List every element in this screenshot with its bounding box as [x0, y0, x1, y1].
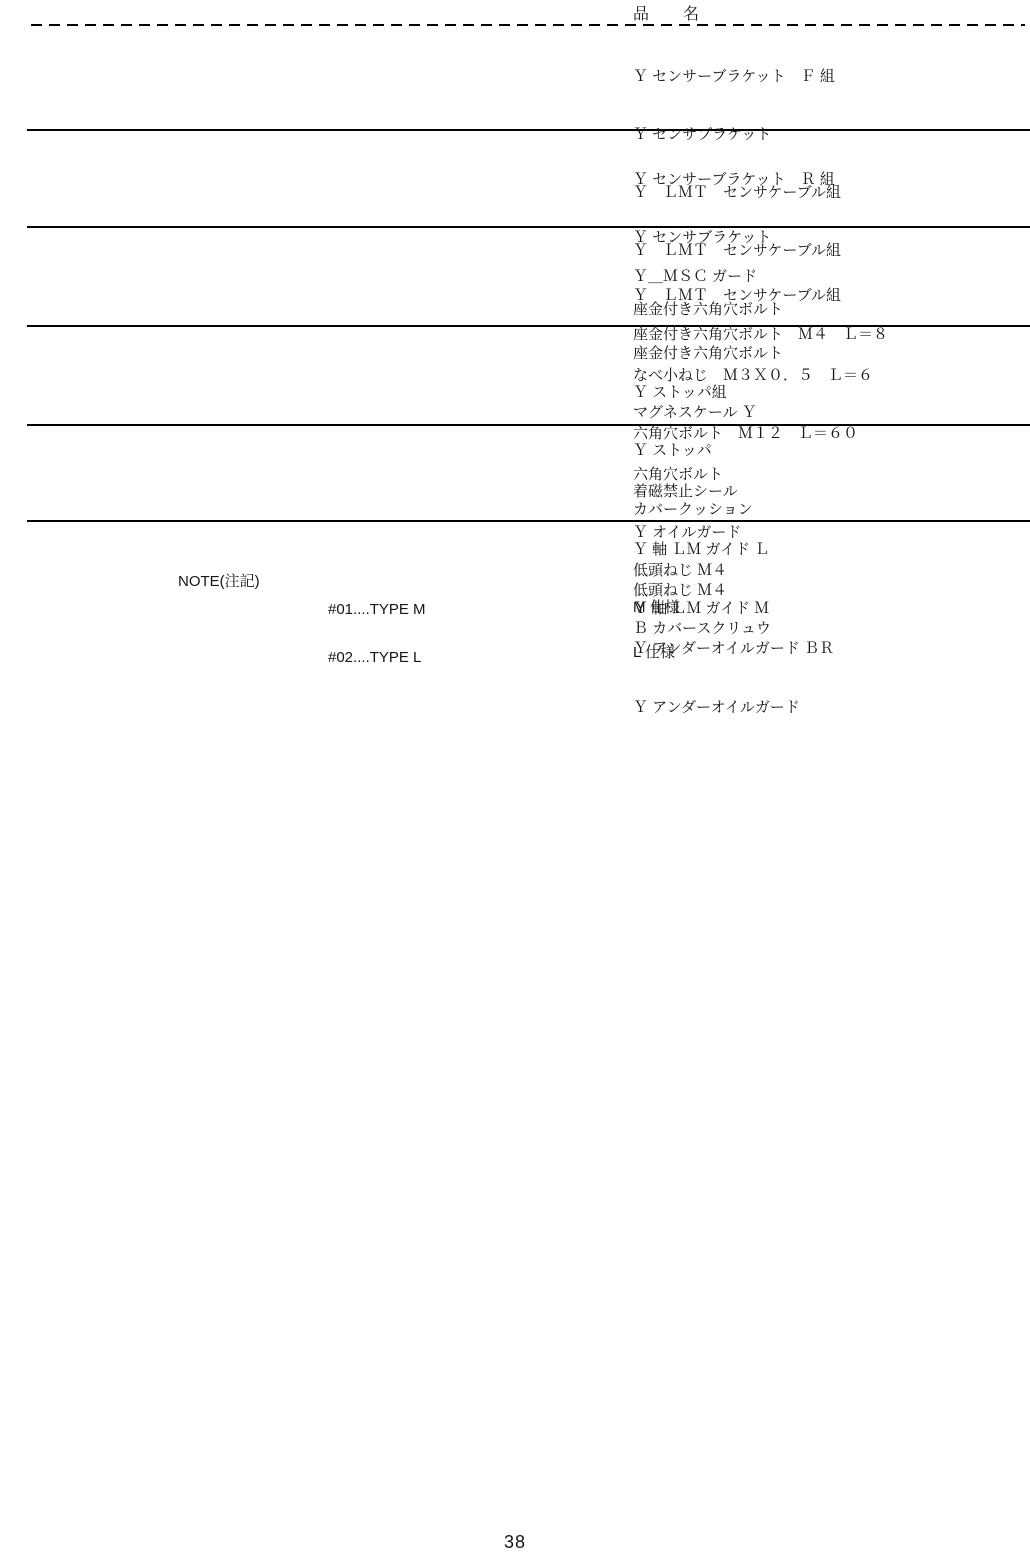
part-name: 六角穴ボルト [633, 465, 834, 484]
column-header-part-name: 品 名 [633, 1, 708, 24]
header-divider-dashed [31, 24, 1025, 26]
note-spec: L 仕様 [633, 645, 680, 660]
note-spec: M 仕様 [633, 600, 680, 615]
section-divider [27, 129, 1030, 131]
part-name: Ｙ センサーブラケット Ｆ 組 [633, 67, 841, 86]
part-name: Ｙ センサーブラケット Ｒ 組 [633, 170, 841, 189]
note-specs: M 仕様 L 仕様 [633, 570, 680, 690]
note-entry: #01....TYPE M [328, 602, 426, 618]
note-entry: #02....TYPE L [328, 650, 426, 666]
note-entries: #01....TYPE M #02....TYPE L [328, 570, 426, 698]
note-label: NOTE(注記) [178, 570, 260, 591]
part-name: Ｙ＿ＭＳＣ ガード [633, 267, 888, 286]
parts-list-page: 品 名 Ｙ センサーブラケット Ｆ 組 Ｙ センサブラケット Ｙ ＬＭＴ センサ… [0, 0, 1030, 1565]
part-name: なべ小ねじ Ｍ３Ｘ０．５ Ｌ＝６ [633, 366, 873, 385]
part-name: Ｙ アンダーオイルガード [633, 698, 834, 717]
page-number: 38 [0, 1532, 1030, 1553]
